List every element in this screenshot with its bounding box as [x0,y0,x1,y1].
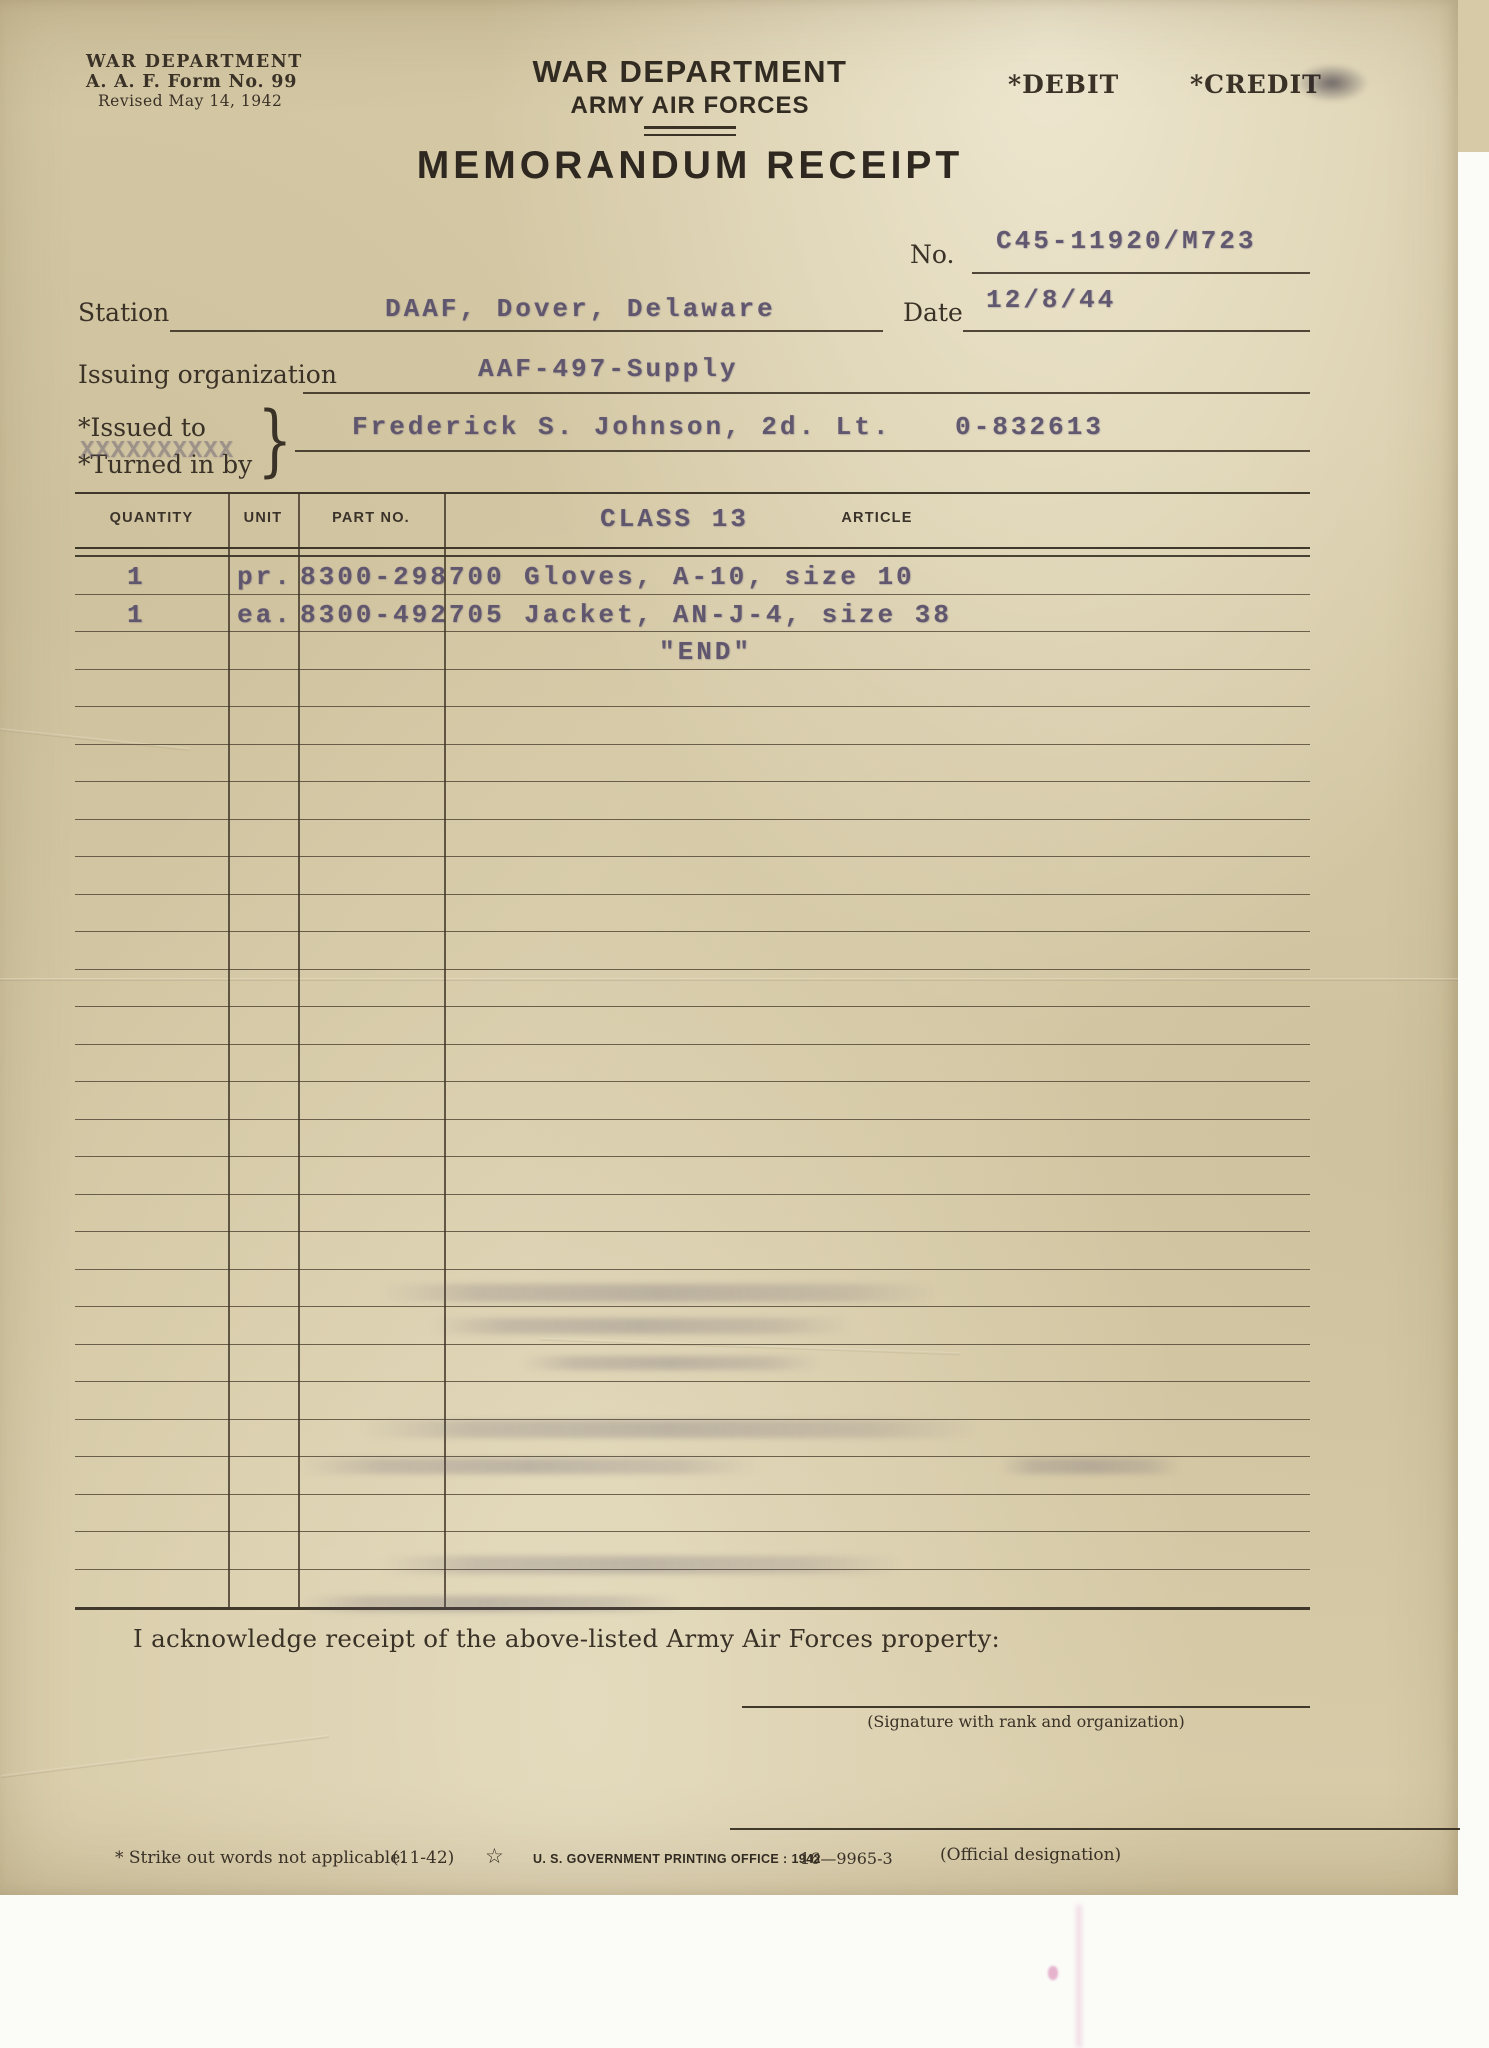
scan-corner-patch [1458,0,1489,152]
cell-part [298,895,444,932]
cell-part [298,1120,444,1157]
table-row: "END" [75,632,1310,670]
cell-article: "END" [444,632,1310,669]
cell-part [298,707,444,744]
cell-unit [228,670,298,707]
cell-qty [75,1232,228,1269]
designation-line [730,1798,1460,1830]
cell-qty [75,1420,228,1457]
cell-part [298,1307,444,1344]
cell-part [298,1420,444,1457]
signature-caption: (Signature with rank and organization) [742,1712,1310,1731]
cell-part [298,1457,444,1494]
designation-caption: (Official designation) [940,1845,1121,1865]
cell-part [298,970,444,1007]
table-row [75,932,1310,970]
cell-qty [75,1570,228,1608]
cell-qty [75,970,228,1007]
cell-qty [75,1157,228,1194]
cell-qty [75,1382,228,1419]
cell-qty [75,670,228,707]
cell-qty [75,632,228,669]
cell-part [298,1195,444,1232]
table-body: 1pr.8300-298700Gloves, A-10, size 101ea.… [75,557,1310,1607]
signature-block [742,1676,1310,1708]
cell-unit [228,1420,298,1457]
cell-qty [75,1270,228,1307]
cell-qty [75,745,228,782]
cell-part [298,1157,444,1194]
issuing-org-label: Issuing organization [78,360,337,389]
credit-strikeout-smudge [1296,64,1368,102]
cell-part [298,857,444,894]
cell-unit [228,932,298,969]
cell-unit [228,1007,298,1044]
no-value: C45-11920/M723 [996,228,1256,254]
cell-unit [228,1120,298,1157]
cell-unit [228,1045,298,1082]
serial-number-value: 0-832613 [955,414,1104,440]
table-row [75,895,1310,933]
cell-part [298,670,444,707]
cell-unit: pr. [228,557,298,594]
column-line-3 [444,494,446,1607]
cell-article [444,970,1310,1007]
cell-unit [228,1232,298,1269]
cell-qty [75,895,228,932]
cell-article: Jacket, AN-J-4, size 38 [444,595,1310,632]
cell-article [444,895,1310,932]
table-row [75,1082,1310,1120]
cell-part [298,1007,444,1044]
col-header-unit: UNIT [228,510,298,526]
cell-part: 8300-298700 [298,557,444,594]
cell-unit [228,1270,298,1307]
recipient-value: Frederick S. Johnson, 2d. Lt. [352,414,891,440]
cell-unit [228,820,298,857]
date-label: Date [903,298,963,327]
scan-pink-streak [1076,1905,1082,2048]
cell-part [298,1045,444,1082]
cell-part: 8300-492705 [298,595,444,632]
cell-unit: ea. [228,595,298,632]
cell-part [298,1495,444,1532]
star-icon: ☆ [485,1844,504,1868]
station-label: Station [78,298,169,327]
cell-unit [228,970,298,1007]
debit-label: *DEBIT [1008,70,1119,99]
table-header-row: QUANTITY UNIT PART NO. ARTICLE CLASS 13 [75,494,1310,547]
cell-part [298,932,444,969]
table-row [75,1570,1310,1608]
cell-qty [75,932,228,969]
cell-article [444,1120,1310,1157]
brace-glyph: } [257,402,292,480]
cell-part [298,1382,444,1419]
cell-qty [75,1195,228,1232]
cell-unit [228,1345,298,1382]
cell-article [444,1082,1310,1119]
cell-qty [75,1082,228,1119]
cell-article [444,932,1310,969]
table-row [75,745,1310,783]
cell-qty [75,1532,228,1569]
cell-article [444,1457,1310,1494]
cell-article [444,1232,1310,1269]
cell-qty: 1 [75,557,228,594]
cell-qty [75,1495,228,1532]
cell-unit [228,1532,298,1569]
cell-article [444,1495,1310,1532]
cell-article [444,1307,1310,1344]
cell-unit [228,1195,298,1232]
cell-unit [228,1307,298,1344]
table-row [75,1232,1310,1270]
column-line-2 [298,494,300,1607]
cell-article [444,857,1310,894]
header-branch: ARMY AIR FORCES [0,92,1380,120]
cell-qty [75,1307,228,1344]
cell-article [444,1382,1310,1419]
table-row [75,670,1310,708]
cell-unit [228,1157,298,1194]
page-title: MEMORANDUM RECEIPT [0,144,1380,188]
table-row [75,1307,1310,1345]
cell-article [444,670,1310,707]
cell-article [444,1195,1310,1232]
acknowledgment-text: I acknowledge receipt of the above-liste… [133,1624,1000,1653]
cell-qty [75,1045,228,1082]
table-row [75,1382,1310,1420]
issuing-org-value: AAF-497-Supply [478,356,738,382]
cell-article [444,1570,1310,1608]
cell-qty [75,1345,228,1382]
scanned-form-page: WAR DEPARTMENT A. A. F. Form No. 99 Revi… [0,0,1458,1895]
cell-part [298,632,444,669]
table-row [75,857,1310,895]
table-row [75,1495,1310,1533]
cell-article [444,745,1310,782]
cell-qty [75,707,228,744]
strike-note: * Strike out words not applicable. [115,1848,406,1868]
form-header: WAR DEPARTMENT ARMY AIR FORCES MEMORANDU… [0,54,1380,188]
table-row [75,1420,1310,1458]
cell-unit [228,745,298,782]
cell-article [444,1532,1310,1569]
table-row [75,1157,1310,1195]
col-header-quantity: QUANTITY [75,510,228,526]
cell-unit [228,1457,298,1494]
col-header-partno: PART NO. [298,510,444,526]
table-row [75,1457,1310,1495]
column-line-1 [228,494,230,1607]
cell-article [444,820,1310,857]
header-double-rule [75,547,1310,557]
table-row [75,1532,1310,1570]
table-row [75,707,1310,745]
cell-unit [228,707,298,744]
cell-article [444,1345,1310,1382]
table-row [75,1345,1310,1383]
cell-qty [75,1007,228,1044]
cell-qty [75,857,228,894]
cell-qty [75,1457,228,1494]
crease-line [1,1735,329,1778]
items-table: QUANTITY UNIT PART NO. ARTICLE CLASS 13 … [75,492,1310,1610]
cell-unit [228,782,298,819]
cell-part [298,1270,444,1307]
no-label: No. [910,240,954,269]
cell-qty: 1 [75,595,228,632]
cell-unit [228,857,298,894]
cell-qty [75,782,228,819]
cell-part [298,1082,444,1119]
cell-part [298,1232,444,1269]
cell-article [444,1007,1310,1044]
cell-article [444,1157,1310,1194]
cell-unit [228,1082,298,1119]
table-row [75,1007,1310,1045]
cell-part [298,1570,444,1608]
cell-part [298,820,444,857]
cell-unit [228,632,298,669]
cell-part [298,1345,444,1382]
scan-pink-mark [1048,1966,1058,1980]
cell-part [298,782,444,819]
table-row [75,1195,1310,1233]
gpo-imprint: U. S. GOVERNMENT PRINTING OFFICE : 1942 [533,1852,821,1866]
cell-unit [228,895,298,932]
issuing-org-line [303,363,1310,394]
table-row [75,1270,1310,1308]
header-department: WAR DEPARTMENT [0,54,1380,90]
gpo-number: 16—9965-3 [800,1849,893,1868]
cell-part [298,745,444,782]
table-row [75,1120,1310,1158]
station-value: DAAF, Dover, Delaware [385,296,776,322]
cell-qty [75,820,228,857]
cell-article [444,1045,1310,1082]
table-row [75,970,1310,1008]
cell-article [444,1420,1310,1457]
class-note: CLASS 13 [600,506,749,532]
cell-part [298,1532,444,1569]
table-row: 1pr.8300-298700Gloves, A-10, size 10 [75,557,1310,595]
header-divider [644,126,736,136]
table-row [75,1045,1310,1083]
table-row: 1ea.8300-492705Jacket, AN-J-4, size 38 [75,595,1310,633]
cell-qty [75,1120,228,1157]
cell-unit [228,1495,298,1532]
cell-unit [228,1570,298,1608]
cell-article: Gloves, A-10, size 10 [444,557,1310,594]
cell-article [444,782,1310,819]
table-row [75,820,1310,858]
col-header-article: ARTICLE [444,510,1310,526]
form-date-note: (11-42) [392,1848,454,1868]
turned-in-strikeout: XXXXXXXXXX [80,440,234,464]
cell-article [444,1270,1310,1307]
cell-article [444,707,1310,744]
date-value: 12/8/44 [986,287,1116,313]
cell-unit [228,1382,298,1419]
table-row [75,782,1310,820]
